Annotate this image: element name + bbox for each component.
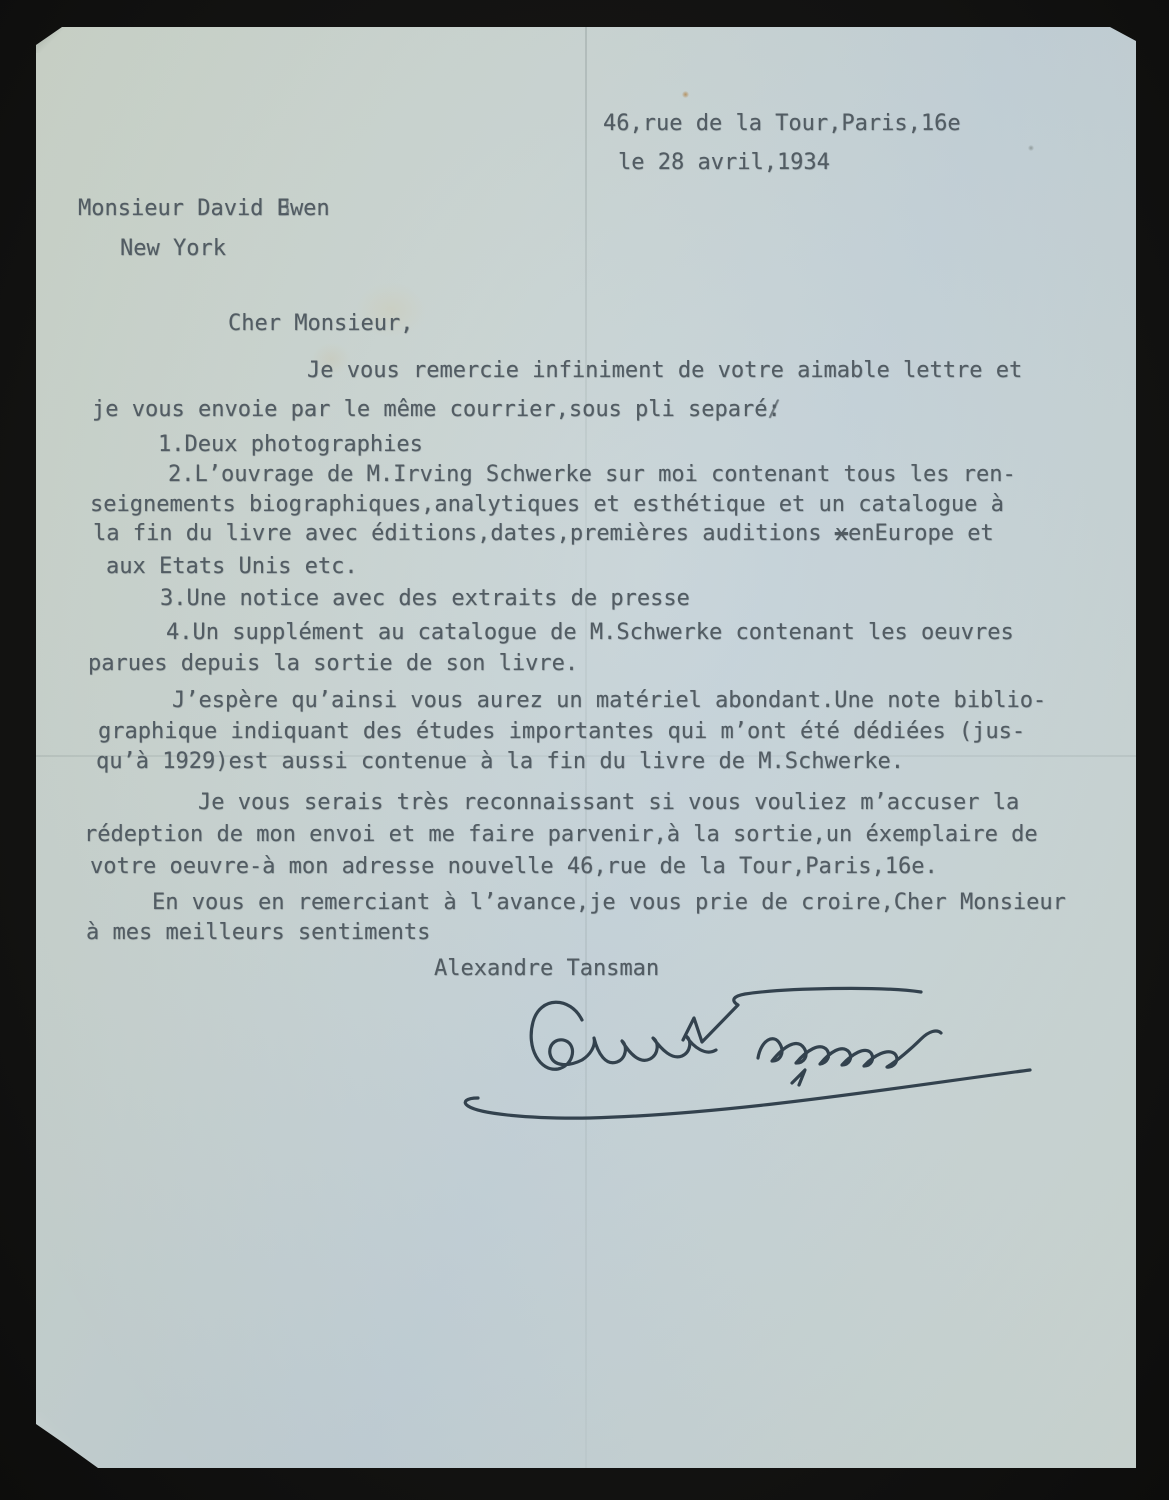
letter-paper: 46,rue de la Tour,Paris,16e le 28 avril,… — [36, 27, 1136, 1468]
recipient-city-line: New York — [120, 236, 226, 262]
top-left-corner-fold — [36, 27, 66, 53]
sender-address-line: 46,rue de la Tour,Paris,16e — [603, 111, 961, 137]
paper-speck — [1028, 145, 1034, 151]
list-item-continuation: aux Etats Unis etc. — [106, 554, 358, 580]
closing-line: En vous en remerciant à l’avance,je vous… — [152, 890, 1066, 916]
body-line: je vous envoie par le même courrier,sous… — [92, 397, 781, 423]
overstruck-character: EB — [277, 196, 290, 222]
salutation-line: Cher Monsieur, — [228, 311, 413, 337]
paper-speck — [682, 91, 689, 98]
vertical-fold-crease — [585, 27, 587, 1468]
body-line-text: enEurope et — [848, 521, 994, 546]
list-item: 1.Deux photographies — [158, 432, 423, 458]
body-line: Je vous remercie infiniment de votre aim… — [307, 358, 1022, 384]
recipient-name-text: Monsieur David — [78, 196, 277, 221]
recipient-name-text: wen — [290, 196, 330, 221]
bottom-left-corner-fold — [36, 1412, 106, 1468]
signature-stroke — [758, 1031, 941, 1067]
body-line-text: je vous envoie par le même courrier,sous… — [92, 397, 768, 422]
body-line: qu’à 1929)est aussi contenue à la fin du… — [96, 749, 904, 775]
typed-signature-name: Alexandre Tansman — [434, 956, 659, 982]
list-item: 4.Un supplément au catalogue de M.Schwer… — [166, 620, 1014, 646]
body-line: graphique indiquant des études important… — [98, 719, 1025, 745]
handwritten-signature: Alexandre Tansman — [440, 980, 1052, 1148]
signature-underline — [465, 1070, 1030, 1118]
body-line: votre oeuvre-à mon adresse nouvelle 46,r… — [90, 854, 938, 880]
overstrike-bottom-char: / — [768, 397, 781, 423]
signature-stroke — [683, 988, 921, 1042]
list-item-continuation: la fin du livre avec éditions,dates,prem… — [93, 521, 994, 547]
closing-line: à mes meilleurs sentiments — [86, 920, 430, 946]
recipient-name-line: Monsieur David EBwen — [78, 196, 330, 222]
signature-arrow-tick — [792, 1070, 805, 1085]
body-line-text: la fin du livre avec éditions,dates,prem… — [93, 521, 835, 546]
body-line: Je vous serais très reconnaissant si vou… — [198, 790, 1019, 816]
signature-stroke — [531, 1002, 716, 1069]
list-item-continuation: seignements biographiques,analytiques et… — [90, 492, 1004, 518]
body-line: rédeption de mon envoi et me faire parve… — [84, 822, 1038, 848]
photographed-letter-scene: 46,rue de la Tour,Paris,16e le 28 avril,… — [0, 0, 1169, 1500]
body-line: J’espère qu’ainsi vous aurez un matériel… — [172, 688, 1046, 714]
list-item: 2.L’ouvrage de M.Irving Schwerke sur moi… — [168, 462, 1016, 488]
letter-date-line: le 28 avril,1934 — [618, 150, 830, 176]
overstrike-bottom-char: B — [277, 196, 290, 222]
list-item-continuation: parues depuis la sortie de son livre. — [88, 651, 578, 677]
overstruck-character: :/ — [768, 397, 781, 423]
struck-out-character: x — [835, 521, 848, 546]
list-item: 3.Une notice avec des extraits de presse — [160, 586, 690, 612]
